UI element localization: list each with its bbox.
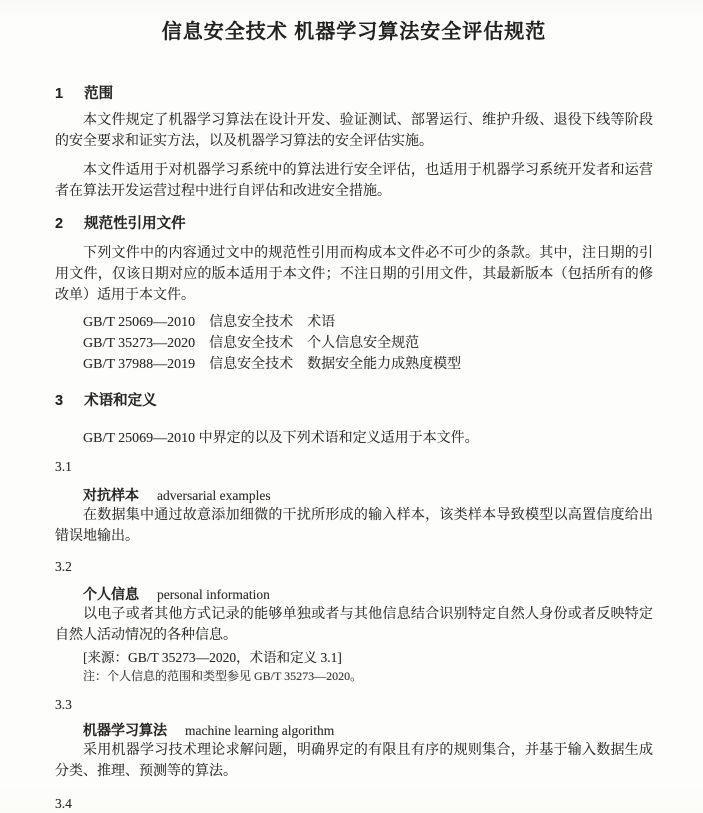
reference-item: GB/T 25069—2010 信息安全技术 术语 [83,312,653,333]
term-3-2-source: [来源：GB/T 35273—2020，术语和定义 3.1] [83,648,653,667]
section-1-paragraph-2: 本文件适用于对机器学习系统中的算法进行安全评估，也适用于机器学习系统开发者和运营… [55,160,653,202]
term-3-3-heading: 机器学习算法 machine learning algorithm [83,721,653,740]
term-3-3-en: machine learning algorithm [185,723,334,738]
term-3-2-heading: 个人信息 personal information [83,585,653,604]
section-3-heading: 3 术语和定义 [55,391,653,411]
section-2-title: 规范性引用文件 [84,214,186,234]
term-3-1-number: 3.1 [55,457,653,477]
section-1-heading: 1 范围 [55,84,653,104]
term-3-2-note: 注：个人信息的范围和类型参见 GB/T 35273—2020。 [83,667,653,685]
term-3-4-number: 3.4 [55,794,653,813]
reference-item: GB/T 37988—2019 信息安全技术 数据安全能力成熟度模型 [83,354,653,375]
doc-title: 信息安全技术 机器学习算法安全评估规范 [55,18,653,46]
term-3-1-heading: 对抗样本 adversarial examples [83,486,653,505]
reference-item: GB/T 35273—2020 信息安全技术 个人信息安全规范 [83,333,653,354]
term-3-1-definition: 在数据集中通过故意添加细微的干扰所形成的输入样本，该类样本导致模型以高置信度给出… [55,505,653,547]
term-3-1-en: adversarial examples [157,488,271,503]
term-3-3-zh: 机器学习算法 [83,722,167,738]
section-1-title: 范围 [84,84,113,104]
section-2-heading: 2 规范性引用文件 [55,214,653,234]
term-3-3-definition: 采用机器学习技术理论求解问题，明确界定的有限且有序的规则集合，并基于输入数据生成… [55,740,653,782]
term-3-2-zh: 个人信息 [83,586,139,602]
section-1-paragraph-1: 本文件规定了机器学习算法在设计开发、验证测试、部署运行、维护升级、退役下线等阶段… [55,110,653,152]
section-2-number: 2 [55,214,63,234]
document-page: 信息安全技术 机器学习算法安全评估规范 1 范围 本文件规定了机器学习算法在设计… [0,0,703,813]
normative-reference-list: GB/T 25069—2010 信息安全技术 术语 GB/T 35273—202… [55,312,653,375]
section-2-paragraph-1: 下列文件中的内容通过文中的规范性引用而构成本文件必不可少的条款。其中，注日期的引… [55,243,653,306]
term-3-3-number: 3.3 [55,695,653,715]
section-3-title: 术语和定义 [84,391,157,411]
term-3-2-number: 3.2 [55,557,653,577]
term-3-2-definition: 以电子或者其他方式记录的能够单独或者与其他信息结合识别特定自然人身份或者反映特定… [55,604,653,646]
section-1-number: 1 [55,84,63,104]
term-3-2-en: personal information [157,587,270,602]
section-3-number: 3 [55,391,63,411]
section-3-intro: GB/T 25069—2010 中界定的以及下列术语和定义适用于本文件。 [55,428,653,449]
term-3-1-zh: 对抗样本 [83,487,139,503]
